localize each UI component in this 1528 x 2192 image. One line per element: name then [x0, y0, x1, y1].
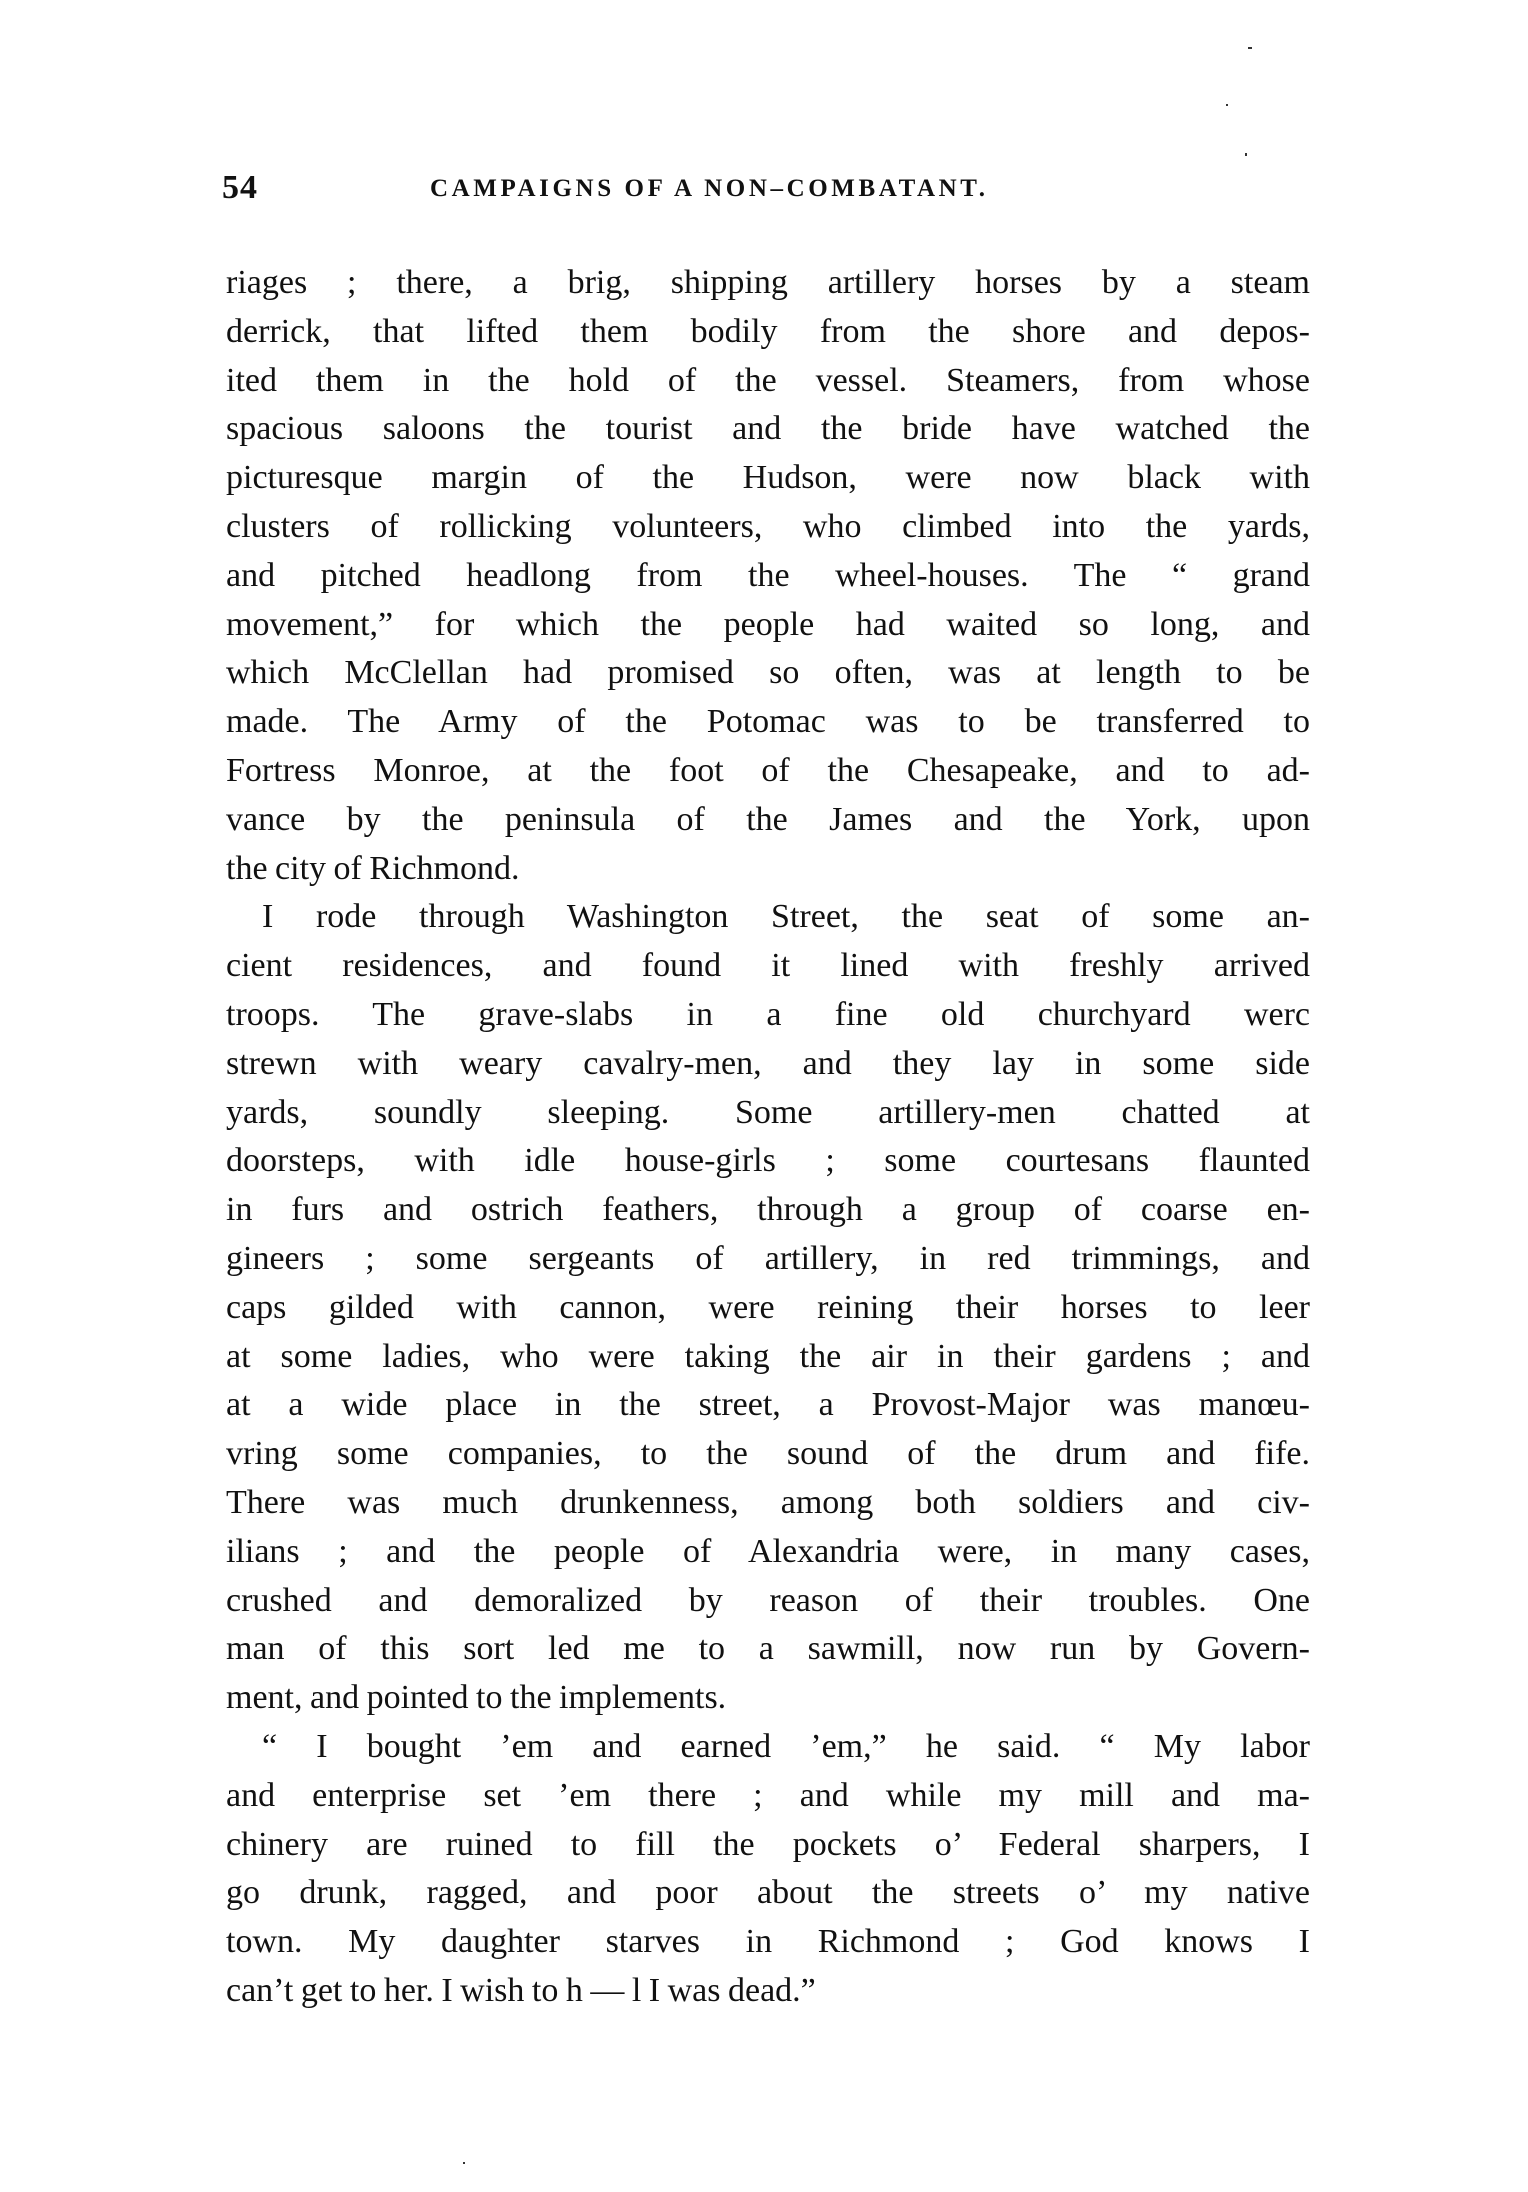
line-text: at some ladies, who were taking the air … — [226, 1333, 1310, 1382]
text-line: There was much drunkenness, among both s… — [226, 1479, 1310, 1528]
text-line: go drunk, ragged, and poor about the str… — [226, 1869, 1310, 1918]
line-text: which McClellan had promised so often, w… — [226, 649, 1310, 698]
line-text: ilians ; and the people of Alexandria we… — [226, 1528, 1310, 1577]
line-text: movement,” for which the people had wait… — [226, 601, 1310, 650]
line-text: can’t get to her. I wish to h — l I was … — [226, 1967, 1310, 2016]
scan-speck — [463, 2162, 465, 2164]
line-text: riages ; there, a brig, shipping artille… — [226, 259, 1310, 308]
line-text: chinery are ruined to fill the pockets o… — [226, 1821, 1310, 1870]
scan-speck — [1248, 47, 1252, 49]
line-text: man of this sort led me to a sawmill, no… — [226, 1625, 1310, 1674]
line-text: vance by the peninsula of the James and … — [226, 796, 1310, 845]
line-text: vring some companies, to the sound of th… — [226, 1430, 1310, 1479]
line-text: the city of Richmond. — [226, 845, 1310, 894]
text-line: riages ; there, a brig, shipping artille… — [226, 259, 1310, 308]
text-line: man of this sort led me to a sawmill, no… — [226, 1625, 1310, 1674]
book-page: 54 CAMPAIGNS OF A NON–COMBATANT. riages … — [0, 0, 1528, 2192]
text-line: chinery are ruined to fill the pockets o… — [226, 1821, 1310, 1870]
text-line: derrick, that lifted them bodily from th… — [226, 308, 1310, 357]
line-text: ited them in the hold of the vessel. Ste… — [226, 357, 1310, 406]
text-line: can’t get to her. I wish to h — l I was … — [226, 1967, 1310, 2016]
running-title: CAMPAIGNS OF A NON–COMBATANT. — [430, 172, 989, 206]
text-line: gineers ; some sergeants of artillery, i… — [226, 1235, 1310, 1284]
text-line: cient residences, and found it lined wit… — [226, 942, 1310, 991]
line-text: at a wide place in the street, a Provost… — [226, 1381, 1310, 1430]
text-line: in furs and ostrich feathers, through a … — [226, 1186, 1310, 1235]
text-line: movement,” for which the people had wait… — [226, 601, 1310, 650]
text-line: ited them in the hold of the vessel. Ste… — [226, 357, 1310, 406]
line-text: troops. The grave-slabs in a fine old ch… — [226, 991, 1310, 1040]
text-line: “ I bought ’em and earned ’em,” he said.… — [226, 1723, 1310, 1772]
line-text: clusters of rollicking volunteers, who c… — [226, 503, 1310, 552]
text-line: and pitched headlong from the wheel-hous… — [226, 552, 1310, 601]
line-text: “ I bought ’em and earned ’em,” he said.… — [262, 1723, 1310, 1772]
text-line: strewn with weary cavalry-men, and they … — [226, 1040, 1310, 1089]
text-line: at a wide place in the street, a Provost… — [226, 1381, 1310, 1430]
line-text: doorsteps, with idle house-girls ; some … — [226, 1137, 1310, 1186]
text-line: caps gilded with cannon, were reining th… — [226, 1284, 1310, 1333]
text-line: ilians ; and the people of Alexandria we… — [226, 1528, 1310, 1577]
scan-speck — [1226, 104, 1228, 106]
text-line: yards, soundly sleeping. Some artillery-… — [226, 1089, 1310, 1138]
line-text: Fortress Monroe, at the foot of the Ches… — [226, 747, 1310, 796]
text-line: vance by the peninsula of the James and … — [226, 796, 1310, 845]
line-text: cient residences, and found it lined wit… — [226, 942, 1310, 991]
line-text: gineers ; some sergeants of artillery, i… — [226, 1235, 1310, 1284]
text-line: and enterprise set ’em there ; and while… — [226, 1772, 1310, 1821]
line-text: crushed and demoralized by reason of the… — [226, 1577, 1310, 1626]
line-text: made. The Army of the Potomac was to be … — [226, 698, 1310, 747]
paragraph-3: “ I bought ’em and earned ’em,” he said.… — [226, 1723, 1310, 2016]
text-line: ment, and pointed to the implements. — [226, 1674, 1310, 1723]
line-text: ment, and pointed to the implements. — [226, 1674, 1310, 1723]
running-header: 54 CAMPAIGNS OF A NON–COMBATANT. — [222, 171, 1122, 205]
text-line: vring some companies, to the sound of th… — [226, 1430, 1310, 1479]
text-line: made. The Army of the Potomac was to be … — [226, 698, 1310, 747]
text-line: picturesque margin of the Hudson, were n… — [226, 454, 1310, 503]
text-line: I rode through Washington Street, the se… — [226, 893, 1310, 942]
line-text: derrick, that lifted them bodily from th… — [226, 308, 1310, 357]
line-text: caps gilded with cannon, were reining th… — [226, 1284, 1310, 1333]
line-text: spacious saloons the tourist and the bri… — [226, 405, 1310, 454]
line-text: I rode through Washington Street, the se… — [262, 893, 1310, 942]
text-line: crushed and demoralized by reason of the… — [226, 1577, 1310, 1626]
paragraph-1: riages ; there, a brig, shipping artille… — [226, 259, 1310, 893]
text-line: clusters of rollicking volunteers, who c… — [226, 503, 1310, 552]
text-line: troops. The grave-slabs in a fine old ch… — [226, 991, 1310, 1040]
line-text: strewn with weary cavalry-men, and they … — [226, 1040, 1310, 1089]
text-line: Fortress Monroe, at the foot of the Ches… — [226, 747, 1310, 796]
text-line: which McClellan had promised so often, w… — [226, 649, 1310, 698]
paragraph-2: I rode through Washington Street, the se… — [226, 893, 1310, 1723]
line-text: There was much drunkenness, among both s… — [226, 1479, 1310, 1528]
line-text: go drunk, ragged, and poor about the str… — [226, 1869, 1310, 1918]
text-line: town. My daughter starves in Richmond ; … — [226, 1918, 1310, 1967]
text-line: at some ladies, who were taking the air … — [226, 1333, 1310, 1382]
text-line: the city of Richmond. — [226, 845, 1310, 894]
text-line: doorsteps, with idle house-girls ; some … — [226, 1137, 1310, 1186]
line-text: yards, soundly sleeping. Some artillery-… — [226, 1089, 1310, 1138]
line-text: picturesque margin of the Hudson, were n… — [226, 454, 1310, 503]
text-line: spacious saloons the tourist and the bri… — [226, 405, 1310, 454]
line-text: and enterprise set ’em there ; and while… — [226, 1772, 1310, 1821]
line-text: town. My daughter starves in Richmond ; … — [226, 1918, 1310, 1967]
line-text: and pitched headlong from the wheel-hous… — [226, 552, 1310, 601]
line-text: in furs and ostrich feathers, through a … — [226, 1186, 1310, 1235]
page-number: 54 — [222, 171, 258, 205]
scan-speck — [1245, 153, 1247, 156]
body-text: riages ; there, a brig, shipping artille… — [226, 259, 1310, 2016]
